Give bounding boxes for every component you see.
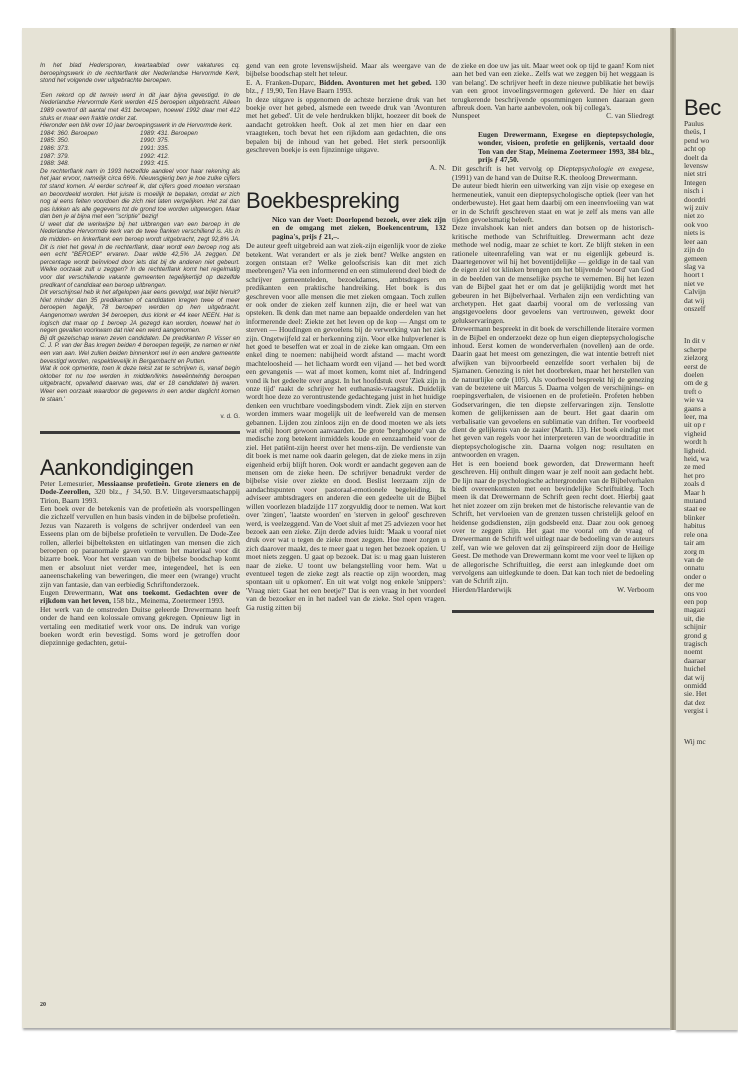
next-page-text-a: Paulustheüs, Ipend woacht opdoelt daleve… (684, 120, 738, 313)
section-divider (40, 431, 240, 434)
stat-cell: 1988: 348. (40, 160, 140, 168)
review-author: C. van Sliedregt (606, 112, 654, 120)
review-book-title: Eugen Drewermann, Exegese en dieptepsych… (452, 131, 654, 165)
next-page-text-b: In dit vscherpezielzorgeerst dedoelenom … (684, 337, 738, 715)
announcement-continuation: gend van een grote levenswijsheid. Maar … (246, 62, 446, 79)
author-signature: v. d. G. (40, 413, 240, 421)
review-paragraph: Deze invalshoek kan niet anders dan bots… (452, 224, 654, 325)
quote-paragraph: De rechterflank nam in 1993 hetzelfde aa… (40, 168, 240, 221)
hedersporen-quote: In het blad Hedersporen, kwartaalblad ov… (40, 62, 240, 421)
next-page-heading: Bec (684, 96, 738, 120)
author-signature: A. N. (246, 164, 446, 172)
stat-cell: 1985: 350. (40, 137, 140, 145)
review-signature-line: NunspeetC. van Sliedregt (452, 112, 654, 120)
quote-paragraph: Dit verschijnsel heb ik het afgelopen ja… (40, 289, 240, 335)
column-1: In het blad Hedersporen, kwartaalblad ov… (40, 62, 240, 648)
stat-cell: 1987: 379. (40, 153, 140, 161)
next-page-line: vergist i (684, 707, 738, 715)
stat-cell: 1989: 431. Beroepen (140, 130, 240, 138)
review-signature-line: Hierden/HarderwijkW. Verboom (452, 586, 654, 594)
section-heading-aankondigingen: Aankondigingen (40, 456, 240, 480)
intro-paragraph: In het blad Hedersporen, kwartaalblad ov… (40, 62, 240, 85)
announcement-entry: E. A. Franken-Duparc, Bidden. Avonturen … (246, 79, 446, 96)
section-heading-boekbespreking: Boekbespreking (246, 189, 446, 213)
section-divider (452, 610, 654, 613)
review-body: De auteur geeft uitgebreid aan wat ziek-… (246, 242, 446, 612)
review-paragraph: Dit geschrift is het vervolg op Diepteps… (452, 165, 654, 182)
beroepen-stats-table: 1984: 360. Beroepen 1989: 431. Beroepen … (40, 130, 240, 168)
announcement-body: In deze uitgave is opgenomen de achtste … (246, 96, 446, 155)
stat-cell: 1991: 335. (140, 145, 240, 153)
quote-paragraph: Hieronder een blik over 10 jaar beroepin… (40, 122, 240, 130)
review-author: W. Verboom (617, 586, 654, 594)
column-2: gend van een grote levenswijsheid. Maar … (246, 62, 446, 612)
review-body: de zieke en doe uw jas uit. Maar weet oo… (452, 62, 654, 112)
stat-cell: 1993: 415. (140, 160, 240, 168)
announcement-body: Het werk van de omstreden Duitse geleerd… (40, 606, 240, 648)
announcement-entry: Eugen Drewermann, Wat ons toekomt. Gedac… (40, 589, 240, 606)
announcement-entry: Peter Lemesurier, Messiaanse profetieën.… (40, 480, 240, 505)
review-place: Nunspeet (452, 112, 480, 120)
review-paragraph: Drewermann bespreekt in dit boek de vers… (452, 325, 654, 460)
stat-cell: 1984: 360. Beroepen (40, 130, 140, 138)
review-paragraph: De auteur biedt hierin een uitwerking va… (452, 182, 654, 224)
announcement-body: Een boek over de betekenis van de profet… (40, 505, 240, 589)
review-place: Hierden/Harderwijk (452, 586, 512, 594)
review-paragraph: Het is een boeiend boek geworden, dat Dr… (452, 460, 654, 586)
next-page-line: onszelf (684, 305, 738, 313)
stat-cell: 1986: 373. (40, 145, 140, 153)
next-page-last-line: Wij mc (684, 738, 738, 746)
stat-cell: 1990: 375. (140, 137, 240, 145)
page-number: 20 (40, 1002, 46, 1008)
review-book-title: Nico van der Voet: Doorlopend bezoek, ov… (246, 216, 446, 241)
quote-paragraph: 'Een rekord op dit terrein werd in dit j… (40, 92, 240, 122)
quote-paragraph: Bij dit gezelschap waren zeven candidate… (40, 335, 240, 365)
stat-cell: 1992: 412. (140, 153, 240, 161)
announcements: Peter Lemesurier, Messiaanse profetieën.… (40, 480, 240, 648)
next-page-edge: Bec Paulustheüs, Ipend woacht opdoelt da… (676, 28, 738, 1030)
quote-paragraph: Wat ik ook opmerkte, toen ik deze tekst … (40, 365, 240, 403)
quote-paragraph: U weet dat de werkwijze bij het uitbreng… (40, 221, 240, 289)
column-3: de zieke en doe uw jas uit. Maar weet oo… (452, 62, 654, 613)
